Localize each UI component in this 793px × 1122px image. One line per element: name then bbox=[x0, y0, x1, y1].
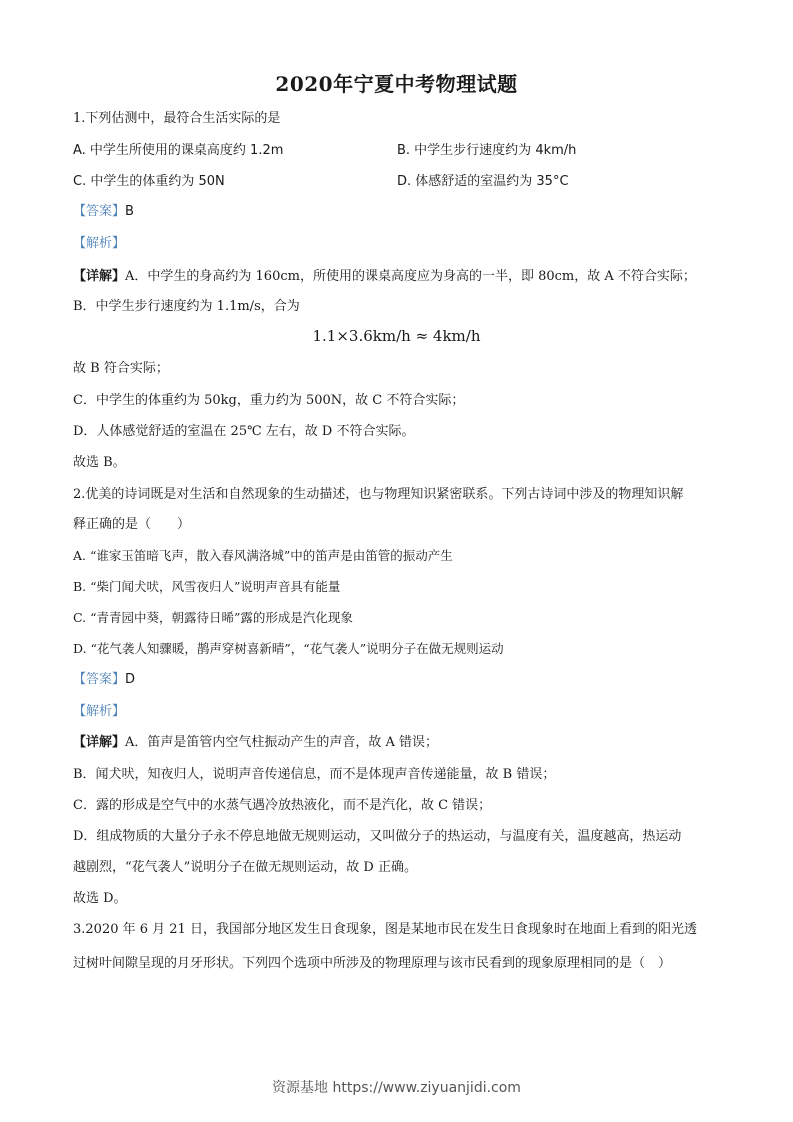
q1-formula: 1.1×3.6km/h ≈ 4km/h bbox=[0, 327, 793, 345]
q2-analysis: 【解析】 bbox=[73, 703, 125, 721]
q1-detail-c: C．中学生的体重约为 50kg，重力约为 500N，故 C 不符合实际； bbox=[73, 392, 464, 410]
answer-label: 【答案】 bbox=[73, 204, 125, 219]
q1-detail-a: 【详解】A．中学生的身高约为 160cm，所使用的课桌高度应为身高的一半，即 8… bbox=[73, 268, 696, 286]
q2-stem-line1: 2.优美的诗词既是对生活和自然现象的生动描述，也与物理知识紧密联系。下列古诗词中… bbox=[73, 486, 683, 504]
q1-detail-b: B．中学生步行速度约为 1.1m/s，合为 bbox=[73, 298, 300, 316]
q1-conclusion: 故选 B。 bbox=[73, 454, 126, 472]
q2-option-d: D. “花气袭人知骤暖，鹊声穿树喜新晴”，“花气袭人”说明分子在做无规则运动 bbox=[73, 640, 504, 658]
q3-stem-line1: 3.2020 年 6 月 21 日，我国部分地区发生日食现象，图是某地市民在发生… bbox=[73, 921, 697, 939]
q2-stem-line2: 释正确的是（ ） bbox=[73, 516, 190, 534]
document-page: 2020年宁夏中考物理试题 1.下列估测中，最符合生活实际的是 A. 中学生所使… bbox=[0, 0, 793, 1122]
answer-label: 【答案】 bbox=[73, 672, 125, 687]
q1-detail-b-conclusion: 故 B 符合实际； bbox=[73, 360, 169, 378]
q1-option-b: B. 中学生步行速度约为 4km/h bbox=[397, 142, 576, 160]
q2-detail-d-line2: 越剧烈，“花气袭人”说明分子在做无规则运动，故 D 正确。 bbox=[73, 859, 417, 877]
q2-option-c: C. “青青园中葵，朝露待日晞”露的形成是汽化现象 bbox=[73, 609, 353, 627]
q2-option-b: B. “柴门闻犬吠，风雪夜归人”说明声音具有能量 bbox=[73, 578, 340, 596]
q2-option-a: A. “谁家玉笛暗飞声，散入春风满洛城”中的笛声是由笛管的振动产生 bbox=[73, 547, 453, 565]
q1-option-c: C. 中学生的体重约为 50N bbox=[73, 173, 225, 191]
q1-answer: 【答案】B bbox=[73, 203, 134, 221]
page-title: 2020年宁夏中考物理试题 bbox=[0, 68, 793, 97]
q3-stem-line2: 过树叶间隙呈现的月牙形状。下列四个选项中所涉及的物理原理与该市民看到的现象原理相… bbox=[73, 955, 671, 973]
q1-analysis: 【解析】 bbox=[73, 235, 125, 253]
footer-watermark: 资源基地 https://www.ziyuanjidi.com bbox=[0, 1077, 793, 1097]
q1-option-a: A. 中学生所使用的课桌高度约 1.2m bbox=[73, 142, 283, 160]
q1-detail-d: D．人体感觉舒适的室温在 25℃ 左右，故 D 不符合实际。 bbox=[73, 423, 414, 441]
q1-stem: 1.下列估测中，最符合生活实际的是 bbox=[73, 110, 280, 128]
detail-label: 【详解】 bbox=[73, 735, 125, 750]
analysis-label: 【解析】 bbox=[73, 236, 125, 251]
answer-value: B bbox=[125, 204, 134, 219]
q2-answer: 【答案】D bbox=[73, 671, 135, 689]
q2-detail-a: 【详解】A．笛声是笛管内空气柱振动产生的声音，故 A 错误； bbox=[73, 734, 438, 752]
q2-detail-d-line1: D．组成物质的大量分子永不停息地做无规则运动，又叫做分子的热运动，与温度有关，温… bbox=[73, 828, 681, 846]
analysis-label: 【解析】 bbox=[73, 704, 125, 719]
detail-label: 【详解】 bbox=[73, 269, 125, 284]
q1-option-d: D. 体感舒适的室温约为 35°C bbox=[397, 173, 569, 191]
answer-value: D bbox=[125, 672, 135, 687]
q2-detail-c: C．露的形成是空气中的水蒸气遇冷放热液化，而不是汽化，故 C 错误； bbox=[73, 797, 491, 815]
q2-conclusion: 故选 D。 bbox=[73, 890, 127, 908]
q2-detail-b: B．闻犬吠，知夜归人，说明声音传递信息，而不是体现声音传递能量，故 B 错误； bbox=[73, 766, 555, 784]
